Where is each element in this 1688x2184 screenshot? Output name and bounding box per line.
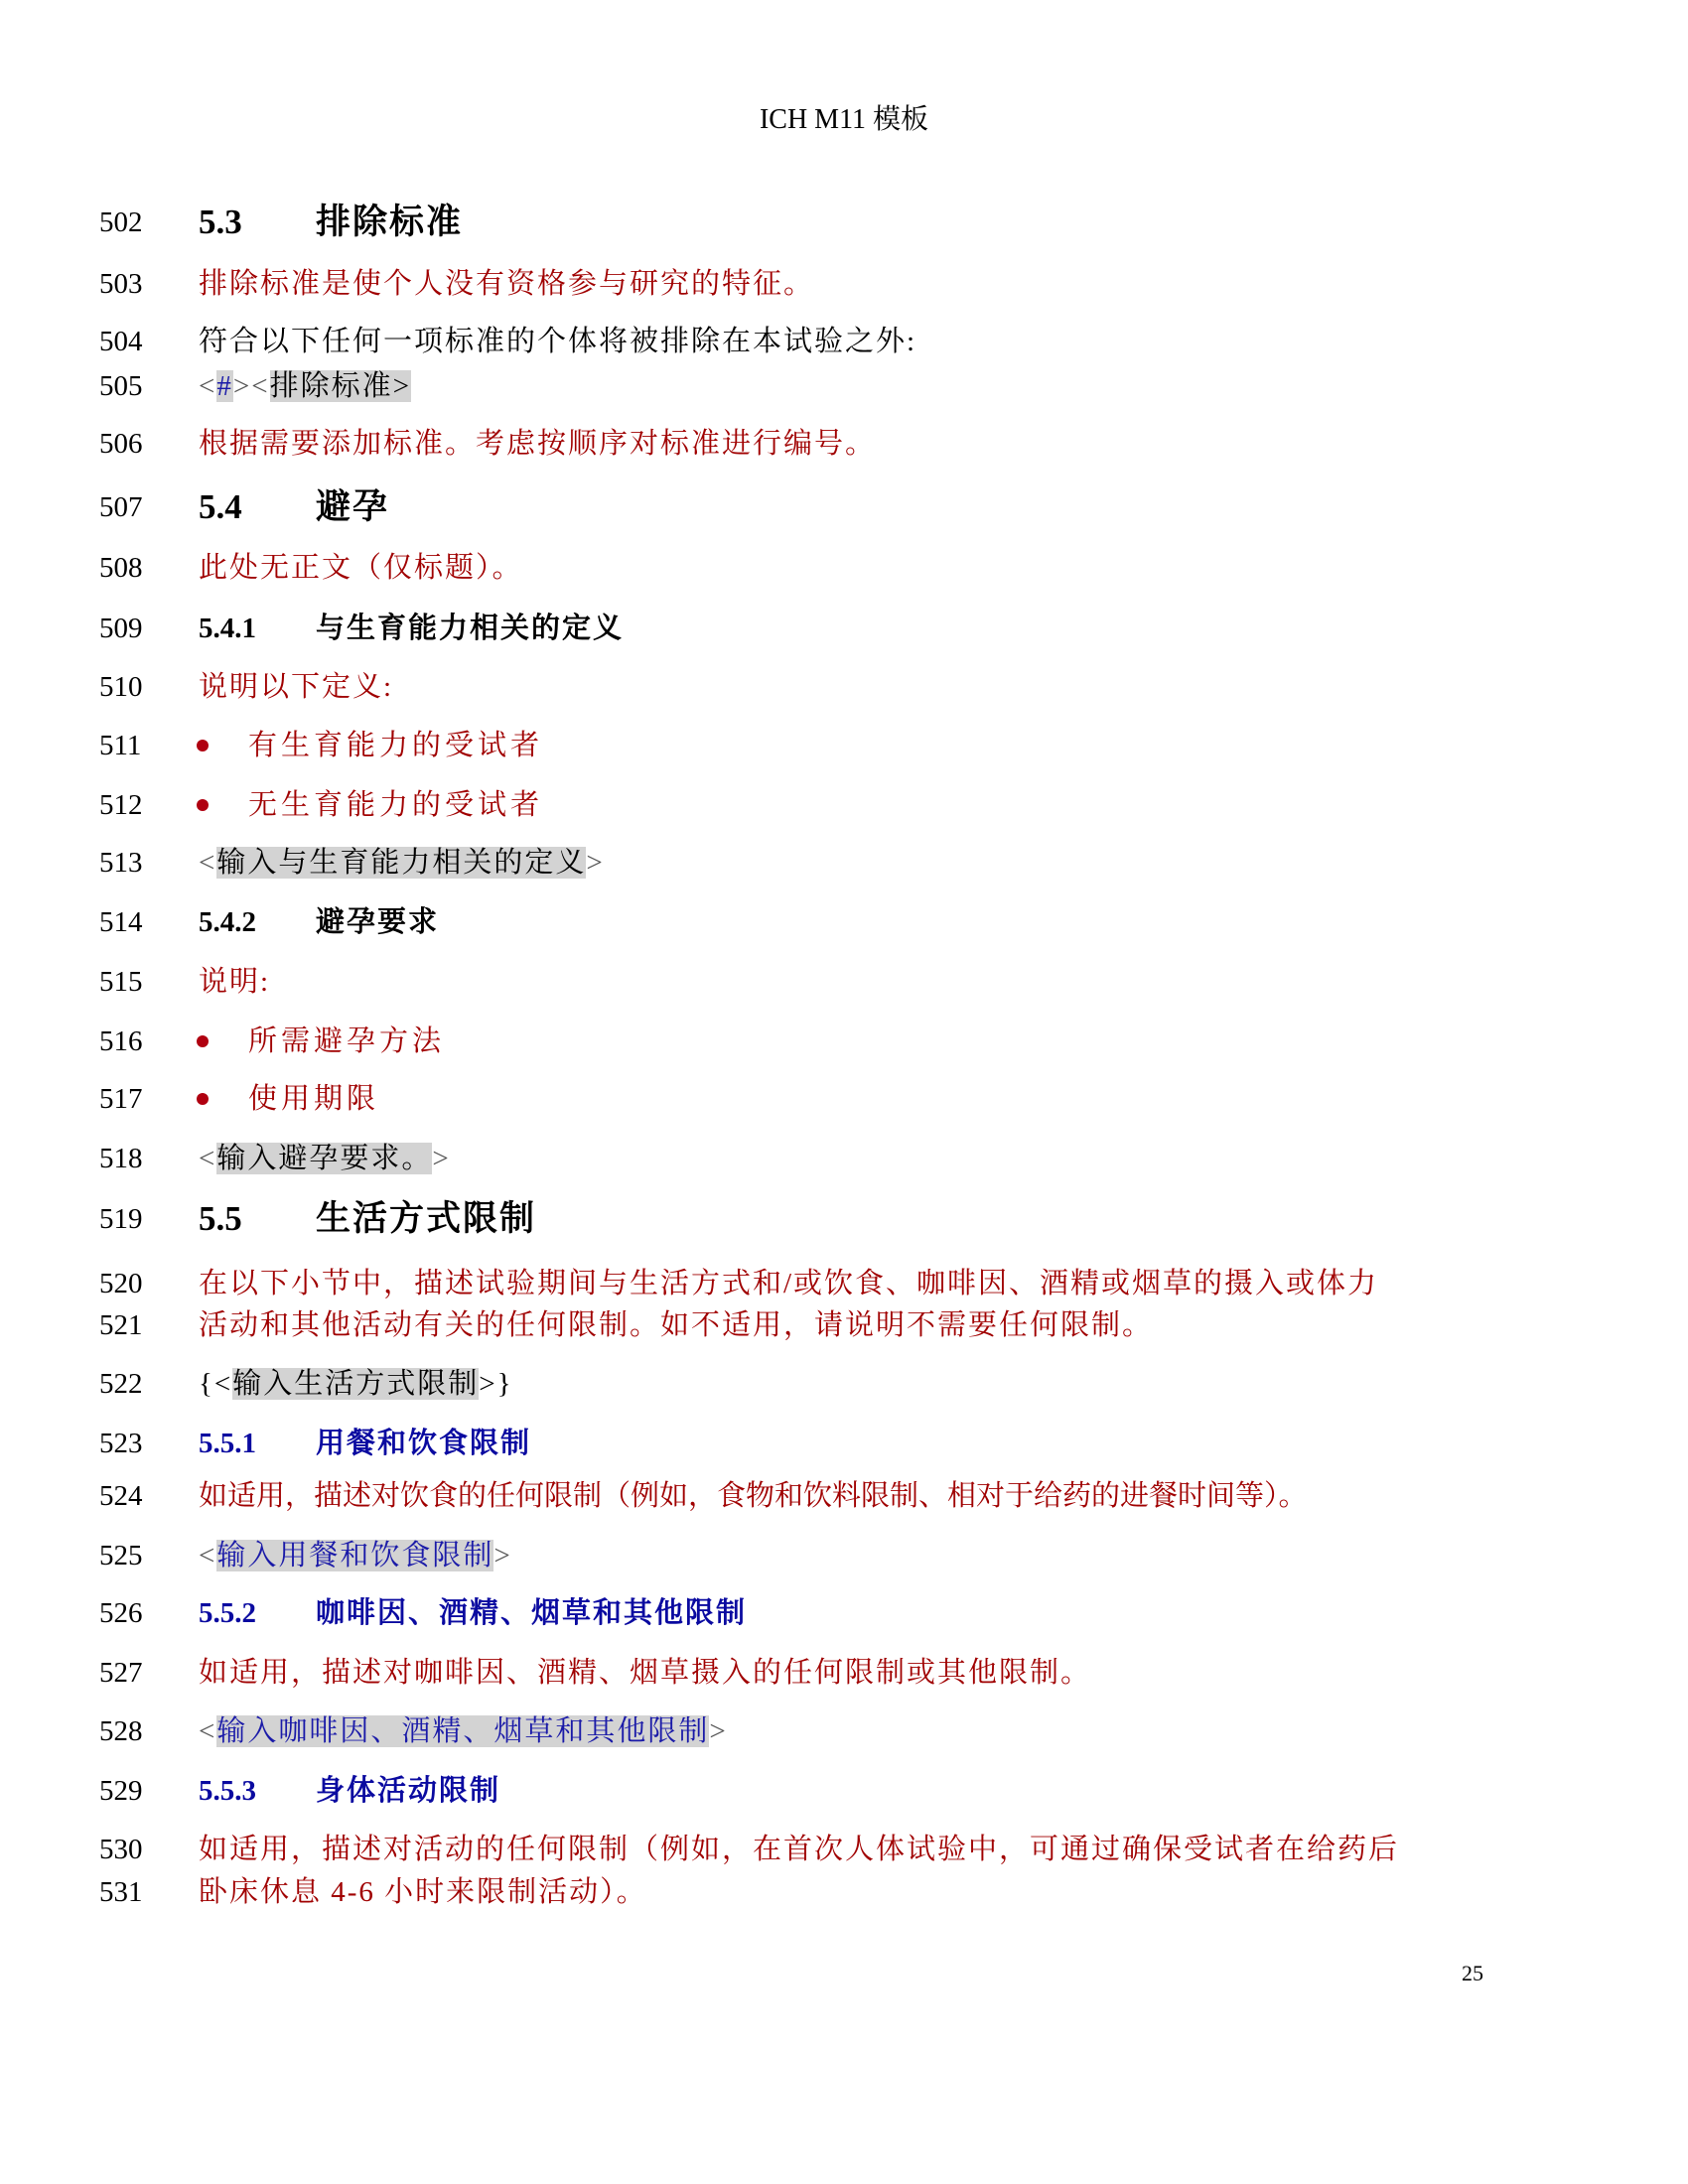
bracket-pair: >< xyxy=(233,370,270,402)
section-title: 排除标准 xyxy=(316,201,463,244)
paragraph: 527 如适用，描述对咖啡因、酒精、烟草摄入的任何限制或其他限制。 xyxy=(0,1651,1688,1695)
paragraph: 504 符合以下任何一项标准的个体将被排除在本试验之外: xyxy=(0,320,1688,363)
contraception-requirements-placeholder[interactable]: <输入避孕要求。> xyxy=(199,1137,451,1180)
section-title: 用餐和饮食限制 xyxy=(316,1422,531,1465)
line-number: 505 xyxy=(99,364,143,408)
instruction-text: 此处无正文（仅标题）。 xyxy=(199,546,523,590)
paragraph: 520 在以下小节中，描述试验期间与生活方式和/或饮食、咖啡因、酒精或烟草的摄入… xyxy=(0,1262,1688,1305)
bullet-icon xyxy=(197,1093,209,1105)
lifestyle-restrictions-placeholder[interactable]: {<输入生活方式限制>} xyxy=(199,1362,513,1406)
line-number: 521 xyxy=(99,1303,143,1347)
open-bracket: < xyxy=(199,847,216,879)
section-number: 5.5 xyxy=(199,1197,242,1241)
body-text: 符合以下任何一项标准的个体将被排除在本试验之外: xyxy=(199,320,916,363)
caffeine-alcohol-tobacco-placeholder[interactable]: <输入咖啡因、酒精、烟草和其他限制> xyxy=(199,1709,728,1753)
line-number: 525 xyxy=(99,1534,143,1577)
close-bracket: > xyxy=(493,1540,511,1571)
input-placeholder-line: 518 <输入避孕要求。> xyxy=(0,1137,1688,1180)
bullet-icon xyxy=(197,799,209,811)
section-title: 身体活动限制 xyxy=(316,1769,500,1813)
fertility-definitions-placeholder[interactable]: <输入与生育能力相关的定义> xyxy=(199,841,605,885)
line-number: 531 xyxy=(99,1870,143,1914)
criteria-placeholder-line: 505 <#><排除标准> xyxy=(0,364,1688,408)
line-number: 515 xyxy=(99,960,143,1004)
close-bracket: > xyxy=(586,847,604,879)
bullet-text: 使用期限 xyxy=(248,1077,379,1121)
bullet-icon xyxy=(197,1035,209,1047)
instruction-text: 排除标准是使个人没有资格参与研究的特征。 xyxy=(199,262,814,306)
paragraph: 531 卧床休息 4-6 小时来限制活动）。 xyxy=(0,1870,1688,1914)
section-number: 5.3 xyxy=(199,201,242,244)
bullet-item: 511 有生育能力的受试者 xyxy=(0,724,1688,767)
heading-5-3: 502 5.3 排除标准 xyxy=(0,201,1688,244)
line-number: 526 xyxy=(99,1591,143,1635)
page-header-title: ICH M11 模板 xyxy=(0,102,1688,138)
line-number: 518 xyxy=(99,1137,143,1180)
input-placeholder-line: 528 <输入咖啡因、酒精、烟草和其他限制> xyxy=(0,1709,1688,1753)
meals-dietary-field[interactable]: 输入用餐和饮食限制 xyxy=(216,1540,493,1571)
paragraph: 506 根据需要添加标准。考虑按顺序对标准进行编号。 xyxy=(0,422,1688,466)
instruction-text: 卧床休息 4-6 小时来限制活动）。 xyxy=(199,1870,647,1914)
line-number: 519 xyxy=(99,1197,143,1241)
line-number: 514 xyxy=(99,900,143,944)
instruction-text: 说明: xyxy=(199,960,270,1004)
fertility-definitions-field[interactable]: 输入与生育能力相关的定义 xyxy=(216,847,586,879)
line-number: 516 xyxy=(99,1020,143,1063)
line-number: 507 xyxy=(99,485,143,529)
close-bracket: > xyxy=(432,1143,450,1174)
paragraph: 524 如适用，描述对饮食的任何限制（例如，食物和饮料限制、相对于给药的进餐时间… xyxy=(0,1474,1688,1518)
open-bracket: < xyxy=(199,1540,216,1571)
line-number: 517 xyxy=(99,1077,143,1121)
line-number: 528 xyxy=(99,1709,143,1753)
heading-5-5-3: 529 5.5.3 身体活动限制 xyxy=(0,1769,1688,1813)
section-number: 5.5.2 xyxy=(199,1591,256,1635)
paragraph: 503 排除标准是使个人没有资格参与研究的特征。 xyxy=(0,262,1688,306)
close-bracket: > xyxy=(709,1715,727,1747)
bullet-text: 无生育能力的受试者 xyxy=(248,783,543,827)
line-number: 512 xyxy=(99,783,143,827)
bullet-text: 所需避孕方法 xyxy=(248,1020,445,1063)
heading-5-5: 519 5.5 生活方式限制 xyxy=(0,1197,1688,1241)
page-number: 25 xyxy=(1462,1960,1483,1987)
bullet-item: 516 所需避孕方法 xyxy=(0,1020,1688,1063)
input-placeholder-line: 525 <输入用餐和饮食限制> xyxy=(0,1534,1688,1577)
open-bracket: < xyxy=(199,1143,216,1174)
section-number: 5.4 xyxy=(199,485,242,529)
paragraph: 510 说明以下定义: xyxy=(0,665,1688,709)
bullet-item: 512 无生育能力的受试者 xyxy=(0,783,1688,827)
bullet-icon xyxy=(197,740,209,751)
exclusion-criteria-field[interactable]: 排除标准> xyxy=(270,370,411,402)
line-number: 504 xyxy=(99,320,143,363)
section-number: 5.4.2 xyxy=(199,900,256,944)
line-number: 522 xyxy=(99,1362,143,1406)
paragraph: 508 此处无正文（仅标题）。 xyxy=(0,546,1688,590)
section-title: 与生育能力相关的定义 xyxy=(316,607,624,650)
heading-5-4: 507 5.4 避孕 xyxy=(0,485,1688,529)
open-bracket: {< xyxy=(199,1368,232,1400)
section-title: 避孕要求 xyxy=(316,900,439,944)
bullet-item: 517 使用期限 xyxy=(0,1077,1688,1121)
section-number: 5.5.3 xyxy=(199,1769,256,1813)
heading-5-5-1: 523 5.5.1 用餐和饮食限制 xyxy=(0,1422,1688,1465)
section-title: 咖啡因、酒精、烟草和其他限制 xyxy=(316,1591,747,1635)
input-placeholder-line: 513 <输入与生育能力相关的定义> xyxy=(0,841,1688,885)
open-bracket: < xyxy=(199,370,216,402)
line-number: 502 xyxy=(99,201,143,244)
open-bracket: < xyxy=(199,1715,216,1747)
line-number: 508 xyxy=(99,546,143,590)
caffeine-alcohol-tobacco-field[interactable]: 输入咖啡因、酒精、烟草和其他限制 xyxy=(216,1715,709,1747)
instruction-text: 根据需要添加标准。考虑按顺序对标准进行编号。 xyxy=(199,422,876,466)
line-number: 510 xyxy=(99,665,143,709)
heading-5-5-2: 526 5.5.2 咖啡因、酒精、烟草和其他限制 xyxy=(0,1591,1688,1635)
input-placeholder-line: 522 {<输入生活方式限制>} xyxy=(0,1362,1688,1406)
line-number: 529 xyxy=(99,1769,143,1813)
contraception-requirements-field[interactable]: 输入避孕要求。 xyxy=(216,1143,432,1174)
line-number: 520 xyxy=(99,1262,143,1305)
lifestyle-restrictions-field[interactable]: 输入生活方式限制 xyxy=(232,1368,479,1400)
meals-dietary-placeholder[interactable]: <输入用餐和饮食限制> xyxy=(199,1534,512,1577)
instruction-text: 在以下小节中，描述试验期间与生活方式和/或饮食、咖啡因、酒精或烟草的摄入或体力 xyxy=(199,1262,1378,1305)
paragraph: 530 如适用，描述对活动的任何限制（例如，在首次人体试验中，可通过确保受试者在… xyxy=(0,1828,1688,1871)
line-number: 513 xyxy=(99,841,143,885)
paragraph: 521 活动和其他活动有关的任何限制。如不适用，请说明不需要任何限制。 xyxy=(0,1303,1688,1347)
line-number: 523 xyxy=(99,1422,143,1465)
instruction-text: 活动和其他活动有关的任何限制。如不适用，请说明不需要任何限制。 xyxy=(199,1303,1153,1347)
heading-5-4-2: 514 5.4.2 避孕要求 xyxy=(0,900,1688,944)
criteria-placeholder[interactable]: <#><排除标准> xyxy=(199,364,411,408)
instruction-text: 如适用，描述对活动的任何限制（例如，在首次人体试验中，可通过确保受试者在给药后 xyxy=(199,1828,1399,1871)
number-field[interactable]: # xyxy=(216,370,233,402)
line-number: 503 xyxy=(99,262,143,306)
bullet-text: 有生育能力的受试者 xyxy=(248,724,543,767)
section-title: 生活方式限制 xyxy=(316,1197,536,1241)
section-title: 避孕 xyxy=(316,485,389,529)
heading-5-4-1: 509 5.4.1 与生育能力相关的定义 xyxy=(0,607,1688,650)
instruction-text: 如适用，描述对饮食的任何限制（例如，食物和饮料限制、相对于给药的进餐时间等）。 xyxy=(199,1474,1308,1518)
line-number: 527 xyxy=(99,1651,143,1695)
line-number: 524 xyxy=(99,1474,143,1518)
section-number: 5.4.1 xyxy=(199,607,256,650)
line-number: 511 xyxy=(99,724,141,767)
line-number: 509 xyxy=(99,607,143,650)
line-number: 530 xyxy=(99,1828,143,1871)
instruction-text: 如适用，描述对咖啡因、酒精、烟草摄入的任何限制或其他限制。 xyxy=(199,1651,1091,1695)
instruction-text: 说明以下定义: xyxy=(199,665,393,709)
line-number: 506 xyxy=(99,422,143,466)
close-bracket: >} xyxy=(479,1368,512,1400)
section-number: 5.5.1 xyxy=(199,1422,256,1465)
paragraph: 515 说明: xyxy=(0,960,1688,1004)
